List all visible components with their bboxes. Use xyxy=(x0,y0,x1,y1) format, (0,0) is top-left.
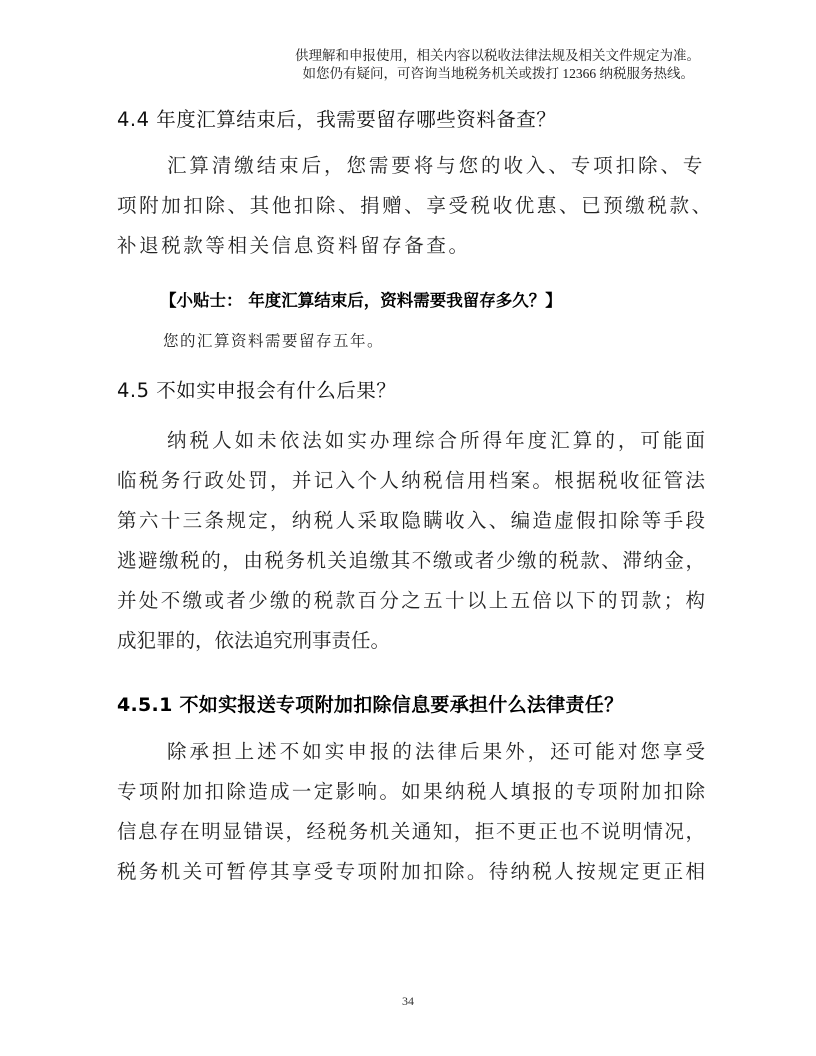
document-page: 供理解和申报使用，相关内容以税收法律法规及相关文件规定为准。 如您仍有疑问，可咨… xyxy=(0,0,816,1056)
tip-body: 您的汇算资料需要留存五年。 xyxy=(163,329,384,351)
header-disclaimer: 供理解和申报使用，相关内容以税收法律法规及相关文件规定为准。 如您仍有疑问，可咨… xyxy=(295,47,700,83)
section-heading-4-5: 4.5 不如实申报会有什么后果？ xyxy=(117,375,396,403)
paragraph-line: 纳税人如未依法如实办理综合所得年度汇算的，可能面 xyxy=(167,425,705,453)
paragraph-line: 逃避缴税的，由税务机关追缴其不缴或者少缴的税款、滞纳金， xyxy=(117,545,705,573)
paragraph-line: 除承担上述不如实申报的法律后果外，还可能对您享受 xyxy=(167,736,705,764)
tip-title: 【小贴士： 年度汇算结束后，资料需要我留存多久？】 xyxy=(160,287,562,311)
paragraph-line: 税务机关可暂停其享受专项附加扣除。待纳税人按规定更正相 xyxy=(117,856,705,884)
paragraph-line: 项附加扣除、其他扣除、捐赠、享受税收优惠、已预缴税款、 xyxy=(117,190,705,218)
page-number: 34 xyxy=(0,994,816,1009)
paragraph-line: 补退税款等相关信息资料留存备查。 xyxy=(117,230,705,258)
paragraph-line: 信息存在明显错误，经税务机关通知，拒不更正也不说明情况， xyxy=(117,816,705,844)
paragraph-line: 成犯罪的，依法追究刑事责任。 xyxy=(117,625,705,653)
section-heading-4-4: 4.4 年度汇算结束后，我需要留存哪些资料备查？ xyxy=(117,104,556,132)
paragraph-line: 专项附加扣除造成一定影响。如果纳税人填报的专项附加扣除 xyxy=(117,776,705,804)
paragraph-line: 临税务行政处罚，并记入个人纳税信用档案。根据税收征管法 xyxy=(117,465,705,493)
header-disclaimer-line-2: 如您仍有疑问，可咨询当地税务机关或拨打 12366 纳税服务热线。 xyxy=(295,65,694,83)
paragraph-line: 并处不缴或者少缴的税款百分之五十以上五倍以下的罚款；构 xyxy=(117,585,705,613)
section-heading-4-5-1: 4.5.1 不如实报送专项附加扣除信息要承担什么法律责任？ xyxy=(117,690,623,717)
paragraph-line: 第六十三条规定，纳税人采取隐瞒收入、编造虚假扣除等手段 xyxy=(117,505,705,533)
paragraph-line: 汇算清缴结束后，您需要将与您的收入、专项扣除、专 xyxy=(167,150,705,178)
header-disclaimer-line-1: 供理解和申报使用，相关内容以税收法律法规及相关文件规定为准。 xyxy=(295,47,700,65)
